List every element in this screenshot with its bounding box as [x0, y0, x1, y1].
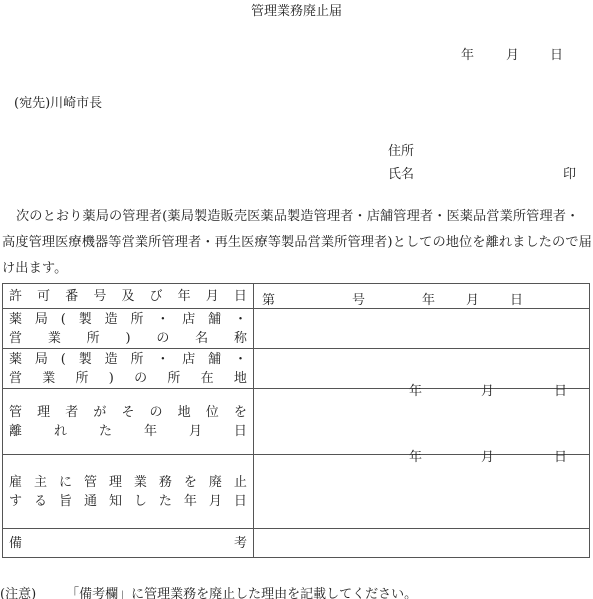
- date-year[interactable]: 年: [461, 44, 474, 63]
- go-text: 号: [352, 289, 365, 308]
- day-text: 日: [510, 289, 523, 308]
- table-row: 薬局(製造所・店舗・営業所)の所在地: [3, 349, 590, 389]
- label-employer-notified-date: 雇主に管理業務を廃止する旨通知した年月日: [3, 455, 254, 529]
- label-line: 営業所)の名称: [9, 329, 247, 348]
- label-line: 許可番号及び年月日: [9, 287, 247, 306]
- table-row: 管理者がその地位を離れた年月日 年 月 日: [3, 389, 590, 455]
- date-month[interactable]: 月: [506, 44, 519, 63]
- note-prefix: (注意): [0, 587, 36, 599]
- year-text: 年: [409, 380, 422, 399]
- month-text: 月: [481, 380, 494, 399]
- pharmacy-name-field[interactable]: [254, 309, 590, 349]
- day-text: 日: [554, 380, 567, 399]
- label-line: 管理者がその地位を: [9, 403, 247, 422]
- label-line: 薬局(製造所・店舗・: [9, 350, 247, 369]
- label-pharmacy-address: 薬局(製造所・店舗・営業所)の所在地: [3, 349, 254, 389]
- remarks-field[interactable]: [254, 529, 590, 558]
- month-text: 月: [481, 446, 494, 465]
- year-text: 年: [409, 446, 422, 465]
- note: (注意)「備考欄」に管理業務を廃止した理由を記載してください。: [0, 583, 417, 599]
- dai-text: 第: [262, 289, 275, 308]
- label-line: 雇主に管理業務を廃止: [9, 473, 247, 492]
- label-line: 離れた年月日: [9, 422, 247, 441]
- label-remarks: 備考: [3, 529, 254, 558]
- table-row: 備考: [3, 529, 590, 558]
- date-day[interactable]: 日: [550, 44, 563, 63]
- address-field-label[interactable]: 住所: [388, 140, 414, 159]
- label-line: する旨通知した年月日: [9, 492, 247, 511]
- note-text: 「備考欄」に管理業務を廃止した理由を記載してください。: [66, 587, 417, 599]
- seal-mark: 印: [563, 163, 576, 182]
- permit-number-field[interactable]: 第 号 年 月 日: [254, 284, 590, 309]
- label-line: 営業所)の所在地: [9, 369, 247, 388]
- table-row: 薬局(製造所・店舗・営業所)の名称: [3, 309, 590, 349]
- left-position-date-field[interactable]: 年 月 日: [254, 389, 590, 455]
- addressee: (宛先)川崎市長: [14, 92, 102, 111]
- label-line: 備考: [9, 534, 247, 553]
- label-line: 薬局(製造所・店舗・: [9, 310, 247, 329]
- name-field-label[interactable]: 氏名: [388, 163, 414, 182]
- label-pharmacy-name: 薬局(製造所・店舗・営業所)の名称: [3, 309, 254, 349]
- form-table: 許可番号及び年月日 第 号 年 月 日 薬局(製造所・店舗・営業所)の名称 薬局…: [2, 283, 590, 558]
- body-text: 次のとおり薬局の管理者(薬局製造販売医薬品製造管理者・店舗管理者・医薬品営業所管…: [2, 204, 592, 282]
- form-title: 管理業務廃止届: [0, 0, 593, 19]
- table-row: 雇主に管理業務を廃止する旨通知した年月日 年 月 日: [3, 455, 590, 529]
- year-text: 年: [422, 289, 435, 308]
- table-row: 許可番号及び年月日 第 号 年 月 日: [3, 284, 590, 309]
- day-text: 日: [554, 446, 567, 465]
- label-permit-number: 許可番号及び年月日: [3, 284, 254, 309]
- employer-notified-date-field[interactable]: 年 月 日: [254, 455, 590, 529]
- month-text: 月: [466, 289, 479, 308]
- label-left-position-date: 管理者がその地位を離れた年月日: [3, 389, 254, 455]
